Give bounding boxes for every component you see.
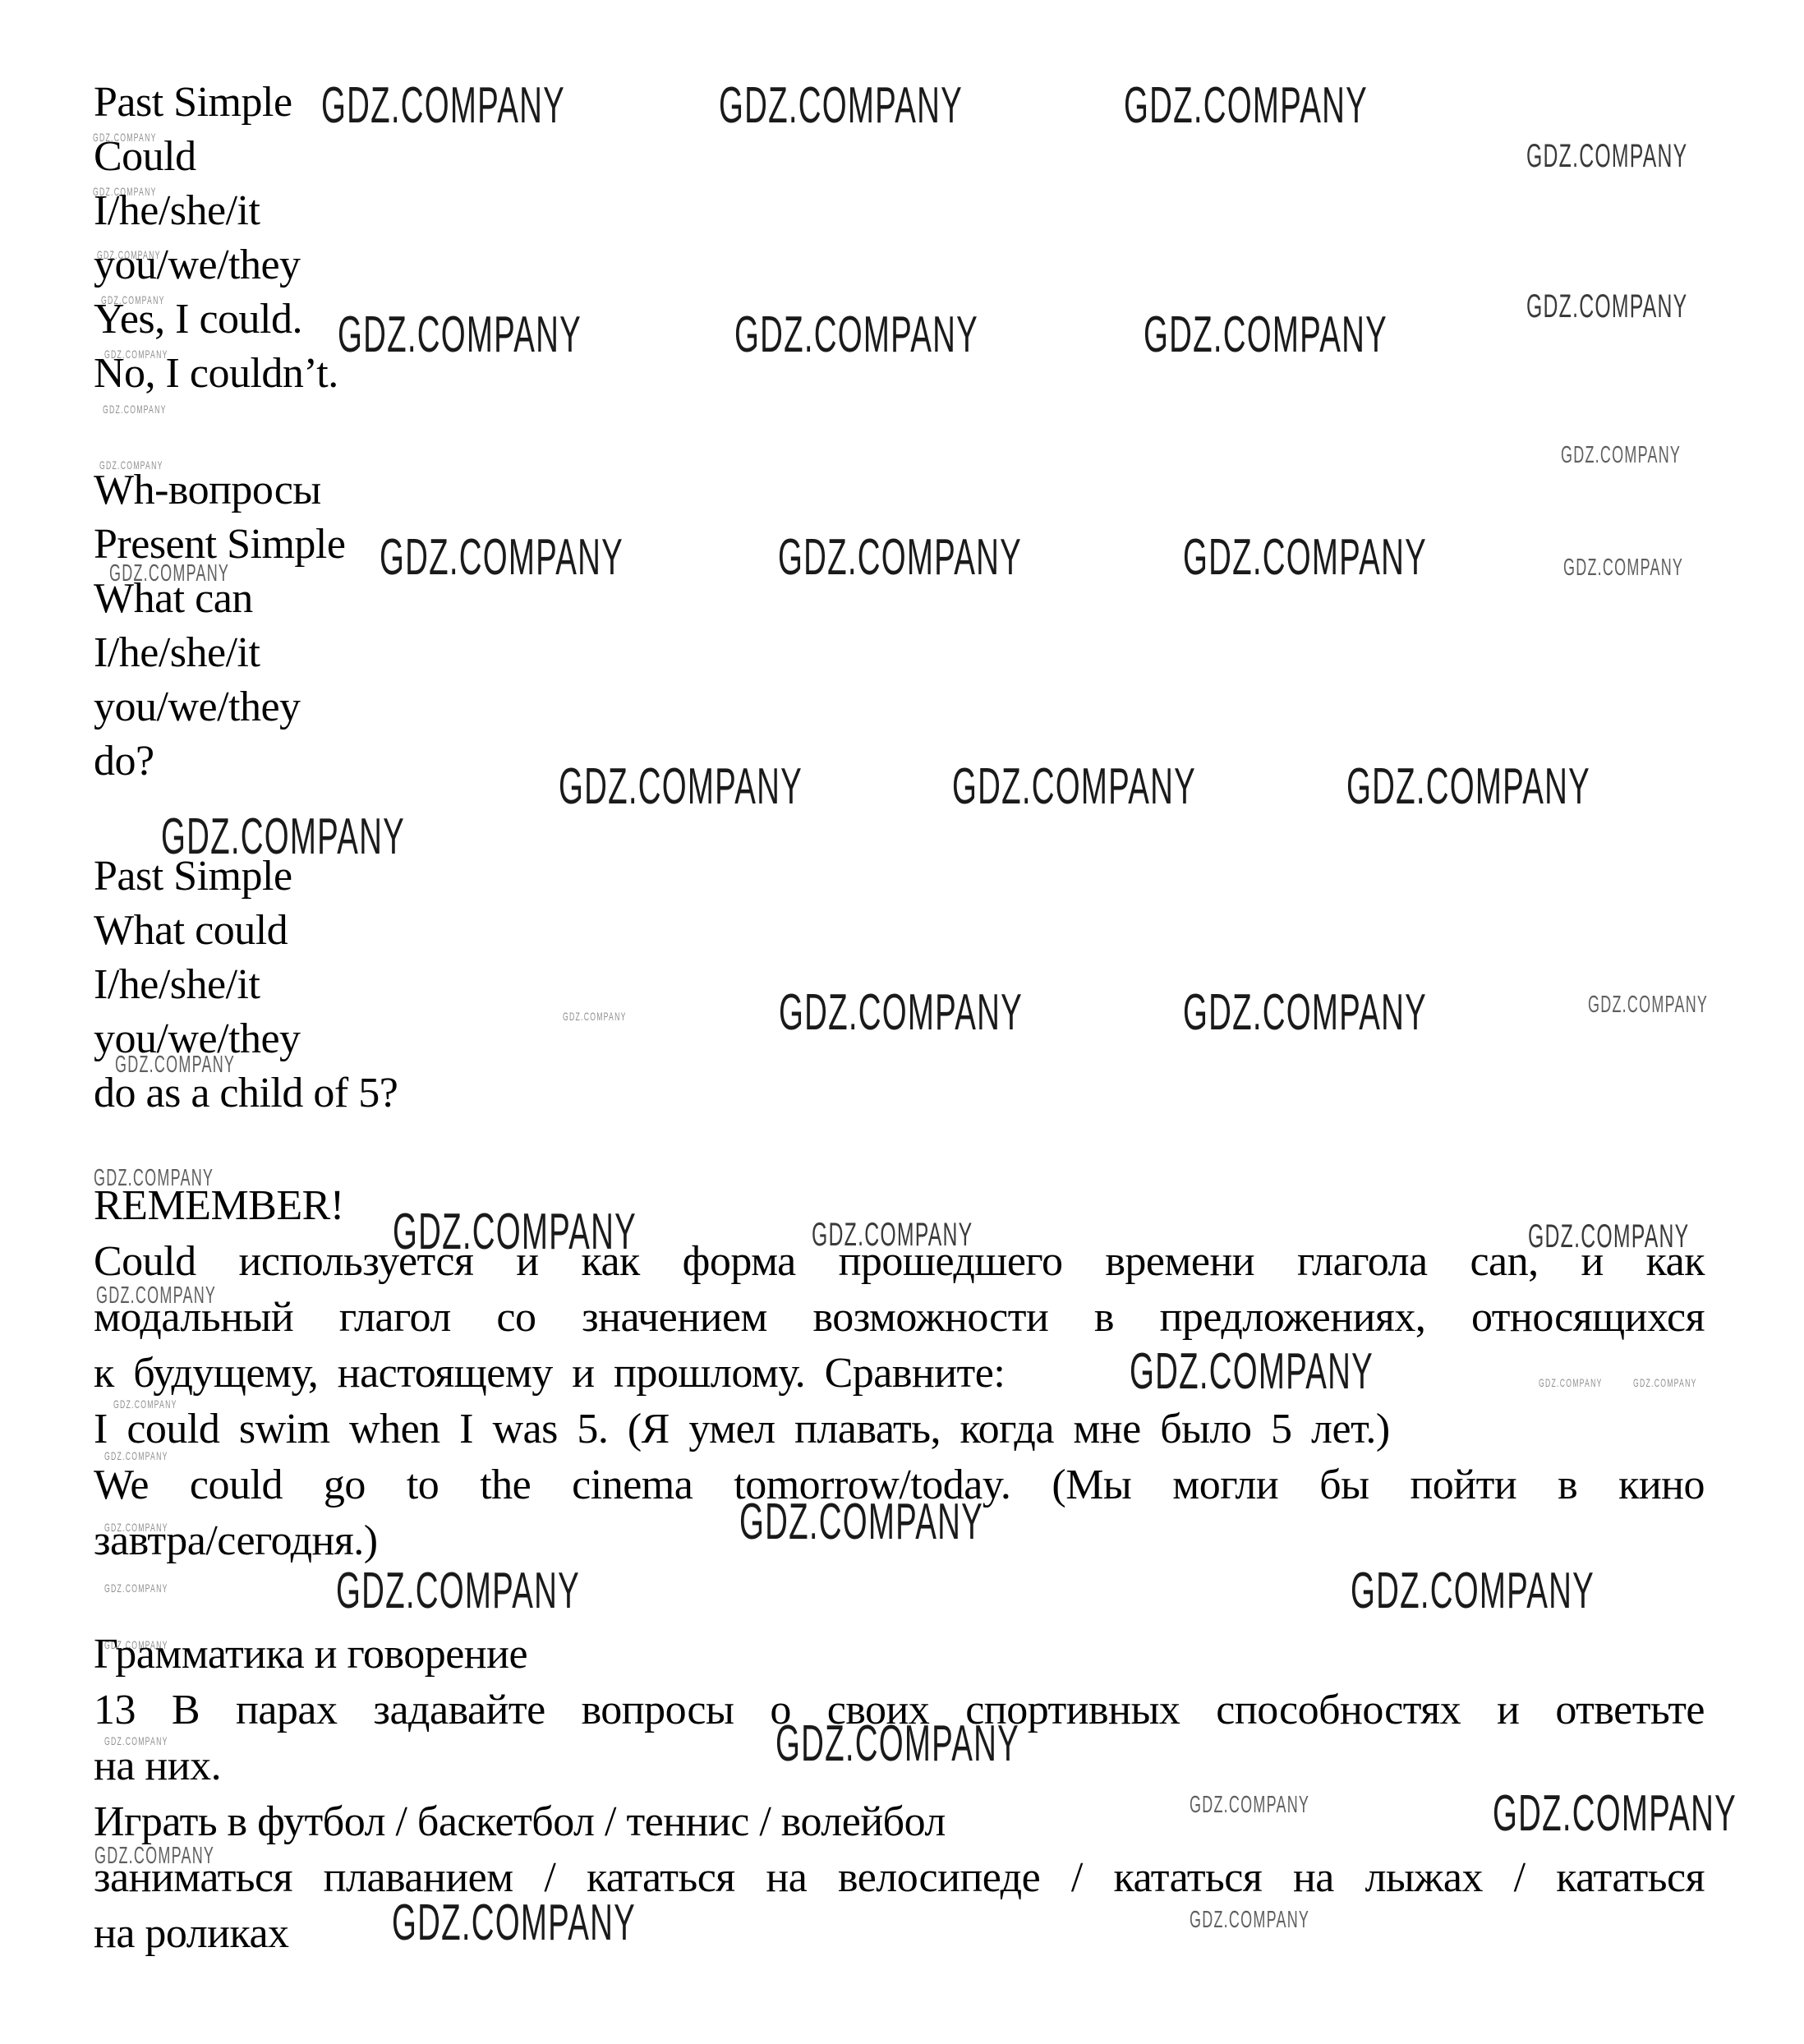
text-line: Past Simple [94, 76, 1705, 130]
text-line: What can [94, 572, 1705, 626]
text-line: Could используется и как форма прошедшег… [94, 1234, 1705, 1290]
text-line: I/he/she/it [94, 184, 1705, 238]
text-line: Past Simple [94, 849, 1705, 904]
text-line: you/we/they [94, 238, 1705, 292]
exercise-13-task: 13 В парах задавайте вопросы о своих спо… [94, 1683, 1705, 1738]
text-line: на роликах [94, 1906, 1705, 1962]
section-remember-note: REMEMBER! Could используется и как форма… [94, 1178, 1705, 1569]
text-line: к будущему, настоящему и прошлому. Сравн… [94, 1346, 1705, 1402]
text-line: I/he/she/it [94, 626, 1705, 680]
text-line: We could go to the cinema tomorrow/today… [94, 1457, 1705, 1513]
text-line: на них. [94, 1738, 1705, 1794]
section-wh-questions-past-simple: Past Simple What could I/he/she/it you/w… [94, 849, 1705, 1121]
text-line: Wh-вопросы [94, 463, 1705, 518]
text-line: I/he/she/it [94, 958, 1705, 1012]
section-grammar-and-speaking: Грамматика и говорение 13 В парах задава… [94, 1627, 1705, 1962]
document-page: GDZ.COMPANYGDZ.COMPANYGDZ.COMPANYGDZ.COM… [0, 0, 1804, 2044]
text-line: No, I couldn’t. [94, 347, 1705, 401]
text-line: заниматься плаванием / кататься на велос… [94, 1850, 1705, 1906]
text-line: модальный глагол со значением возможност… [94, 1290, 1705, 1346]
gdz-watermark: GDZ.COMPANY [1351, 1562, 1595, 1620]
text-line: Yes, I could. [94, 292, 1705, 347]
text-line: Could [94, 130, 1705, 184]
text-line: you/we/they [94, 680, 1705, 734]
text-line: Present Simple [94, 518, 1705, 572]
text-line: Играть в футбол / баскетбол / теннис / в… [94, 1794, 1705, 1850]
text-line: you/we/they [94, 1012, 1705, 1066]
gdz-watermark: GDZ.COMPANY [336, 1562, 580, 1620]
text-line: I could swim when I was 5. (Я умел плава… [94, 1402, 1705, 1457]
text-line: завтра/сегодня.) [94, 1513, 1705, 1569]
remember-heading: REMEMBER! [94, 1178, 1705, 1234]
gdz-watermark: GDZ.COMPANY [104, 1581, 168, 1595]
gdz-watermark: GDZ.COMPANY [103, 403, 167, 416]
text-line: do as a child of 5? [94, 1066, 1705, 1121]
section-past-simple-could-forms: Past Simple Could I/he/she/it you/we/the… [94, 76, 1705, 401]
text-line: What could [94, 904, 1705, 958]
text-line: do? [94, 734, 1705, 789]
grammar-speaking-heading: Грамматика и говорение [94, 1627, 1705, 1683]
section-wh-questions-present-simple: Wh-вопросы Present Simple What can I/he/… [94, 463, 1705, 789]
